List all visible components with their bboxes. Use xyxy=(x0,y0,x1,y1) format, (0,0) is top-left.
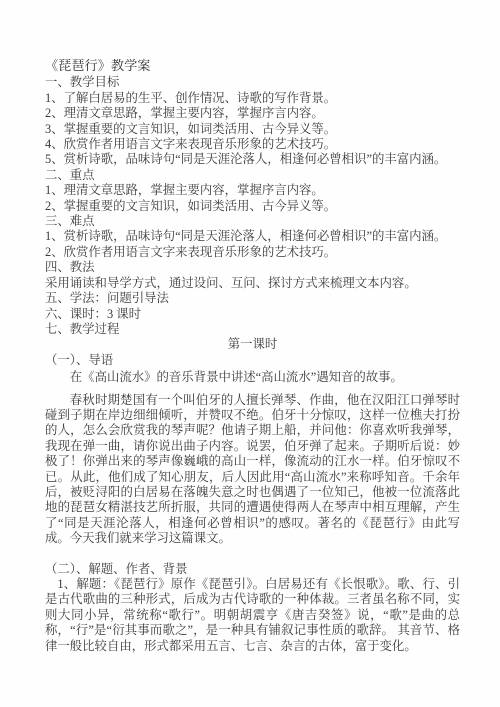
heading-difficult-points: 三、难点 xyxy=(45,214,460,229)
key-point-item-2: 2、掌握重要的文言知识，如词类活用、古今异义等。 xyxy=(45,199,460,214)
heading-teaching-process: 七、教学过程 xyxy=(45,322,460,337)
line-class-hours: 六、课时：3 课时 xyxy=(45,307,460,322)
key-point-item-1: 1、理清文章思路，掌握主要内容，掌握序言内容。 xyxy=(45,183,460,198)
heading-topic-author-background: （二）、解题、作者、背景 xyxy=(45,562,460,577)
difficult-point-item-1: 1、赏析诗歌，品味诗句“同是天涯沦落人，相逢何必曾相识”的丰富内涵。 xyxy=(45,229,460,244)
doc-title: 《琵琶行》教学案 xyxy=(45,58,460,73)
document-page: 《琵琶行》教学案 一、教学目标 1、了解白居易的生平、创作情况、诗歌的写作背景。… xyxy=(0,0,500,707)
heading-teaching-method: 四、教法 xyxy=(45,260,460,275)
objective-item-3: 3、掌握重要的文言知识，如词类活用、古今异义等。 xyxy=(45,122,460,137)
heading-lead-in: （一）、导语 xyxy=(45,353,460,368)
objective-item-5: 5、赏析诗歌，品味诗句“同是天涯沦落人，相逢何必曾相识”的丰富内涵。 xyxy=(45,152,460,167)
lead-in-line: 在《高山流水》的音乐背景中讲述“高山流水”遇知音的故事。 xyxy=(45,370,460,385)
heading-lesson-one: 第一课时 xyxy=(45,337,460,352)
difficult-point-item-2: 2、欣赏作者用语言文字来表现音乐形象的艺术技巧。 xyxy=(45,245,460,260)
heading-teaching-objectives: 一、教学目标 xyxy=(45,75,460,90)
objective-item-4: 4、欣赏作者用语言文字来表现音乐形象的艺术技巧。 xyxy=(45,137,460,152)
objective-item-2: 2、理清文章思路，掌握主要内容，掌握序言内容。 xyxy=(45,106,460,121)
teaching-method-text: 采用诵读和导学方式，通过设问、互问、探讨方式来梳理文本内容。 xyxy=(45,276,460,291)
objective-item-1: 1、了解白居易的生平、创作情况、诗歌的写作背景。 xyxy=(45,91,460,106)
topic-explanation-paragraph: 1、解题：《琵琶行》原作《琵琶引》。白居易还有《长恨歌》。歌、行、引是古代歌曲的… xyxy=(45,577,460,654)
lead-in-story-paragraph: 春秋时期楚国有一个叫伯牙的人擅长弹琴、作曲，他在汉阳江口弹琴时碰到子期在岸边细细… xyxy=(45,393,460,547)
heading-key-points: 二、重点 xyxy=(45,168,460,183)
line-learning-method: 五、学法：问题引导法 xyxy=(45,291,460,306)
